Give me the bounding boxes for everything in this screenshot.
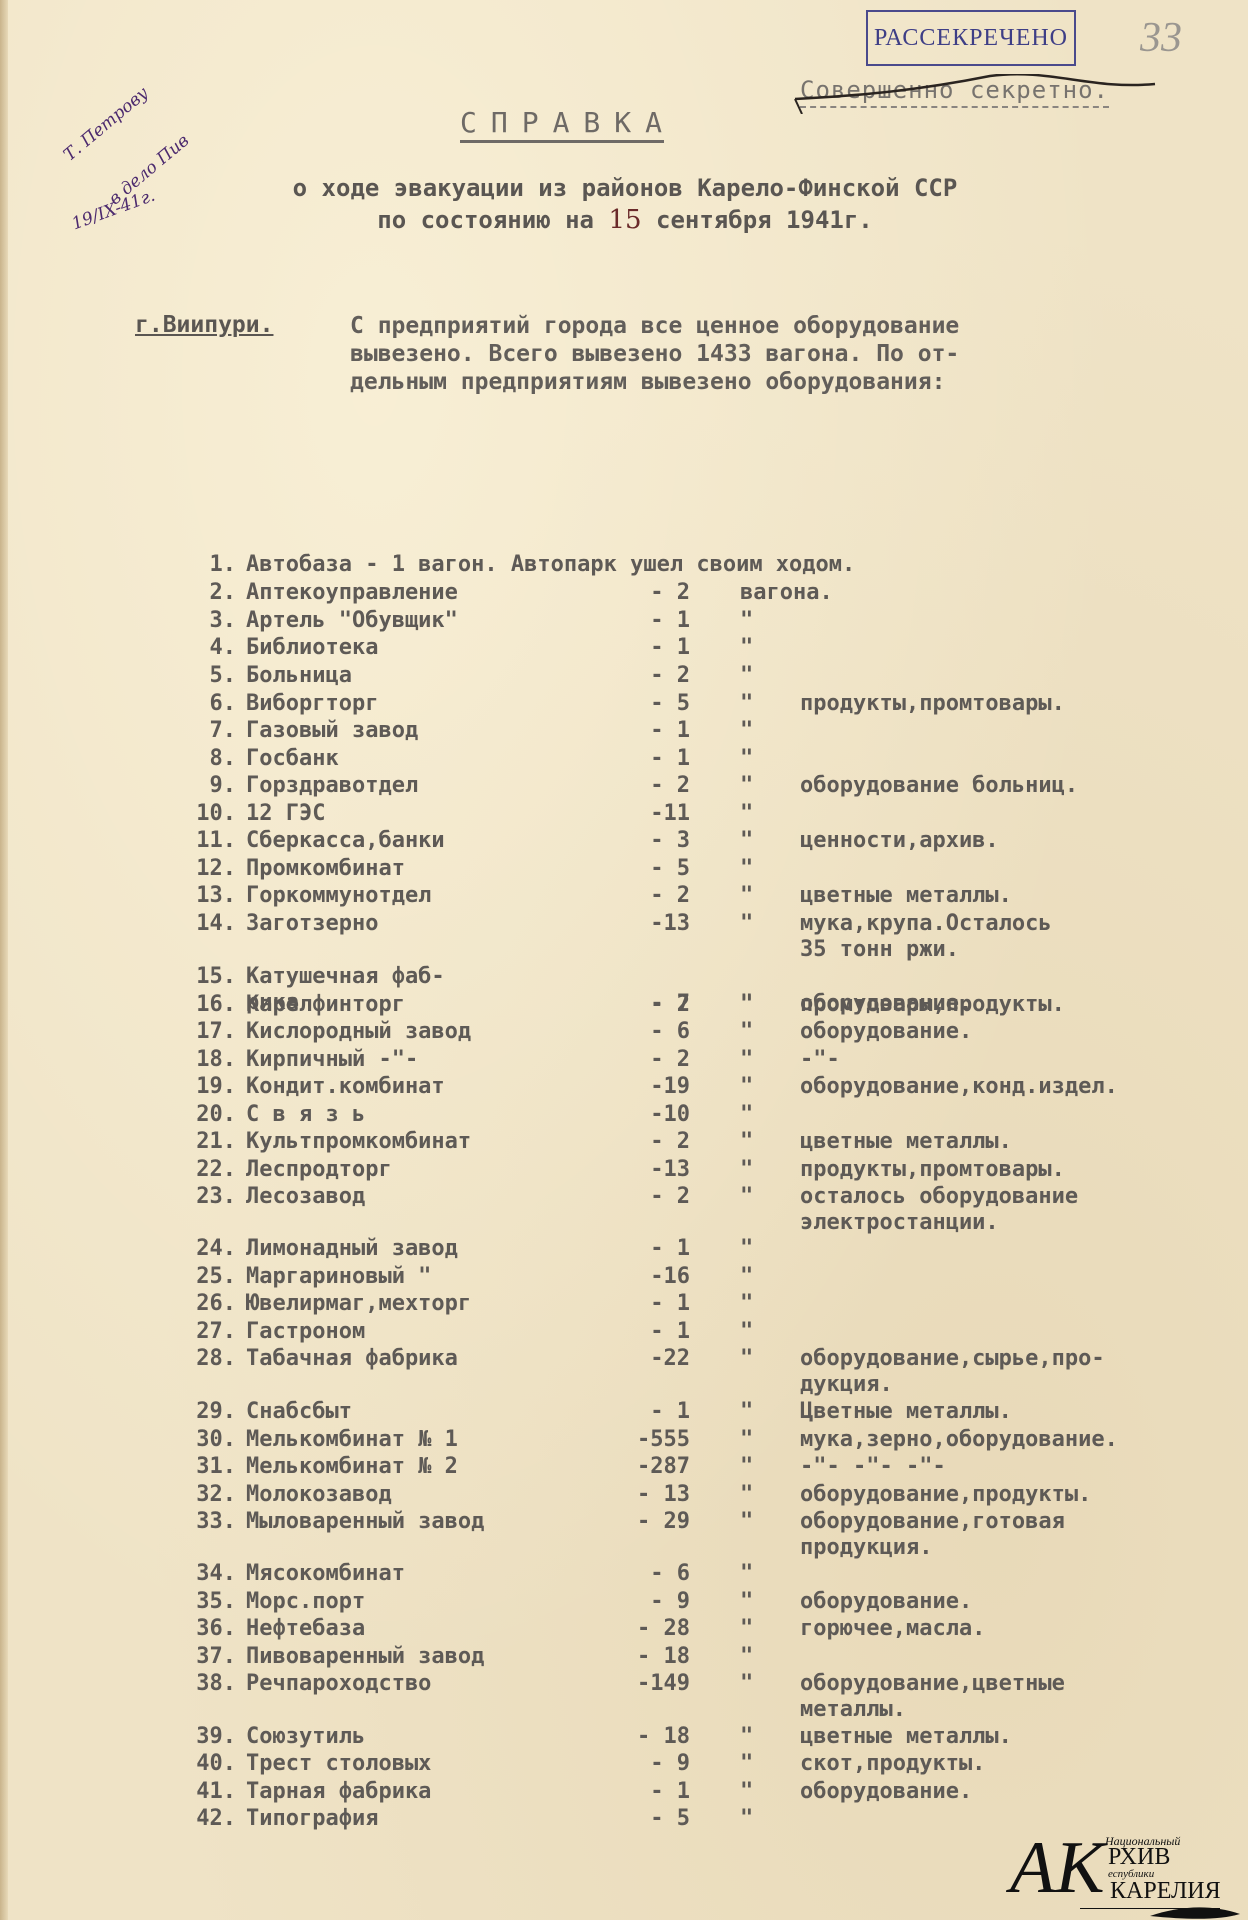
item-quantity: -287	[580, 1454, 690, 1480]
item-note: Цветные металлы.	[800, 1399, 1012, 1425]
list-item: 29.Снабсбыт- 1"Цветные металлы.	[150, 1399, 1240, 1425]
item-quantity: -22	[580, 1346, 690, 1372]
item-unit: "	[740, 1779, 753, 1805]
item-note: продукты,промтовары.	[800, 691, 1065, 717]
list-item: 17.Кислородный завод- 6"оборудование.	[150, 1019, 1240, 1045]
item-unit: "	[740, 911, 753, 937]
item-number: 42.	[150, 1806, 236, 1832]
archive-logo: АК Национальный РХИВ еспублики КАРЕЛИЯ	[1010, 1830, 1240, 1918]
item-name: Гастроном	[246, 1319, 365, 1345]
item-unit: "	[740, 1561, 753, 1587]
item-name: Снабсбыт	[246, 1399, 352, 1425]
item-name: Кирпичный -"-	[246, 1047, 418, 1073]
list-item: 35.Морс.порт- 9"оборудование.	[150, 1589, 1240, 1615]
item-note: оборудование больниц.	[800, 773, 1078, 799]
list-item: 6.Виборгторг- 5"продукты,промтовары.	[150, 691, 1240, 717]
item-name: Ювелирмаг,мехторг	[246, 1291, 471, 1317]
item-quantity: - 2	[580, 992, 690, 1018]
item-number: 35.	[150, 1589, 236, 1615]
item-unit: "	[740, 635, 753, 661]
list-item: 14.Заготзерно-13"мука,крупа.Осталось 35 …	[150, 911, 1240, 937]
item-quantity: - 1	[580, 1779, 690, 1805]
list-item: 28.Табачная фабрика-22"оборудование,сырь…	[150, 1346, 1240, 1372]
item-number: 28.	[150, 1346, 236, 1372]
list-item: 2.Аптекоуправление- 2вагона.	[150, 580, 1240, 606]
item-quantity: - 1	[580, 608, 690, 634]
document-title: СПРАВКА	[460, 106, 676, 139]
item-note: осталось оборудование электростанции.	[800, 1184, 1078, 1236]
item-unit: "	[740, 828, 753, 854]
item-quantity: - 29	[580, 1509, 690, 1535]
item-unit: "	[740, 718, 753, 744]
item-number: 30.	[150, 1427, 236, 1453]
item-quantity: - 5	[580, 856, 690, 882]
list-item: 27.Гастроном- 1"	[150, 1319, 1240, 1345]
item-note: горючее,масла.	[800, 1616, 985, 1642]
list-item: 38.Речпароходство-149"оборудование,цветн…	[150, 1671, 1240, 1697]
item-note: -"- -"- -"-	[800, 1454, 946, 1480]
item-note: оборудование,готовая продукция.	[800, 1509, 1065, 1561]
item-unit: "	[740, 1346, 753, 1372]
item-number: 31.	[150, 1454, 236, 1480]
list-item: 30.Мелькомбинат № 1-555"мука,зерно,обору…	[150, 1427, 1240, 1453]
city-heading: г.Виипури.	[135, 312, 273, 338]
item-note: оборудование.	[800, 1019, 972, 1045]
item-number: 24.	[150, 1236, 236, 1262]
item-unit: "	[740, 1264, 753, 1290]
list-item: 24.Лимонадный завод- 1"	[150, 1236, 1240, 1262]
item-name: Маргариновый "	[246, 1264, 431, 1290]
item-quantity: - 2	[580, 1129, 690, 1155]
item-quantity: - 1	[580, 635, 690, 661]
item-unit: "	[740, 992, 753, 1018]
list-item: 34.Мясокомбинат- 6"	[150, 1561, 1240, 1587]
item-quantity: - 6	[580, 1561, 690, 1587]
item-name: Сберкасса,банки	[246, 828, 445, 854]
list-item: 5.Больница- 2"	[150, 663, 1240, 689]
item-name: Мелькомбинат № 2	[246, 1454, 458, 1480]
item-unit: "	[740, 773, 753, 799]
item-number: 26.	[150, 1291, 236, 1317]
handwritten-day: 15	[608, 205, 641, 235]
item-name: Виборгторг	[246, 691, 378, 717]
item-note: оборудование,продукты.	[800, 1482, 1091, 1508]
item-name: Пивоваренный завод	[246, 1644, 484, 1670]
list-item: 8.Госбанк- 1"	[150, 746, 1240, 772]
item-quantity: - 1	[580, 1399, 690, 1425]
list-item: 41.Тарная фабрика- 1"оборудование.	[150, 1779, 1240, 1805]
item-name: Больница	[246, 663, 352, 689]
item-name: Морс.порт	[246, 1589, 365, 1615]
item-note: цветные металлы.	[800, 1724, 1012, 1750]
item-quantity: - 18	[580, 1724, 690, 1750]
item-quantity: - 9	[580, 1751, 690, 1777]
list-item: 33.Мыловаренный завод- 29"оборудование,г…	[150, 1509, 1240, 1535]
list-item: 22.Леспродторг-13"продукты,промтовары.	[150, 1157, 1240, 1183]
item-quantity: - 6	[580, 1019, 690, 1045]
item-quantity: -11	[580, 801, 690, 827]
item-note: мука,крупа.Осталось 35 тонн ржи.	[800, 911, 1052, 963]
item-note: цветные металлы.	[800, 883, 1012, 909]
item-unit: "	[740, 801, 753, 827]
item-number: 7.	[150, 718, 236, 744]
item-unit: "	[740, 1427, 753, 1453]
item-number: 25.	[150, 1264, 236, 1290]
subtitle-line-1: о ходе эвакуации из районов Карело-Финск…	[150, 172, 1100, 204]
item-unit: "	[740, 1671, 753, 1697]
list-item: 20.С в я з ь-10"	[150, 1102, 1240, 1128]
list-item: 31.Мелькомбинат № 2-287" -"- -"- -"-	[150, 1454, 1240, 1480]
item-number: 21.	[150, 1129, 236, 1155]
item-unit: "	[740, 1291, 753, 1317]
item-note: оборудование,цветные металлы.	[800, 1671, 1065, 1723]
item-name: Мясокомбинат	[246, 1561, 405, 1587]
item-unit: "	[740, 1589, 753, 1615]
item-name: Автобаза - 1 вагон. Автопарк ушел своим …	[246, 552, 855, 578]
list-item: 15.Катушечная фаб- рика- 7"оборудование.	[150, 964, 1240, 990]
item-number: 40.	[150, 1751, 236, 1777]
item-number: 13.	[150, 883, 236, 909]
item-quantity: - 18	[580, 1644, 690, 1670]
item-number: 29.	[150, 1399, 236, 1425]
list-item: 9.Горздравотдел- 2"оборудование больниц.	[150, 773, 1240, 799]
item-number: 20.	[150, 1102, 236, 1128]
item-number: 3.	[150, 608, 236, 634]
item-note: ценности,архив.	[800, 828, 999, 854]
list-item: 37.Пивоваренный завод- 18"	[150, 1644, 1240, 1670]
list-item: 13.Горкоммунотдел- 2"цветные металлы.	[150, 883, 1240, 909]
item-number: 23.	[150, 1184, 236, 1210]
item-quantity: - 2	[580, 1184, 690, 1210]
item-quantity: -16	[580, 1264, 690, 1290]
item-name: Лесозавод	[246, 1184, 365, 1210]
item-quantity: -149	[580, 1671, 690, 1697]
list-item: 11.Сберкасса,банки- 3"ценности,архив.	[150, 828, 1240, 854]
item-number: 32.	[150, 1482, 236, 1508]
item-unit: "	[740, 1019, 753, 1045]
list-item: 36.Нефтебаза- 28"горючее,масла.	[150, 1616, 1240, 1642]
item-unit: "	[740, 1047, 753, 1073]
classification-struck: Совершенно секретно.	[800, 76, 1109, 104]
item-unit: "	[740, 883, 753, 909]
item-number: 14.	[150, 911, 236, 937]
item-unit: "	[740, 608, 753, 634]
item-unit: "	[740, 746, 753, 772]
item-quantity: - 5	[580, 1806, 690, 1832]
item-number: 22.	[150, 1157, 236, 1183]
item-name: Мыловаренный завод	[246, 1509, 484, 1535]
item-name: Молокозавод	[246, 1482, 392, 1508]
list-item: 23.Лесозавод- 2"осталось оборудование эл…	[150, 1184, 1240, 1210]
item-number: 4.	[150, 635, 236, 661]
item-number: 41.	[150, 1779, 236, 1805]
item-name: Мелькомбинат № 1	[246, 1427, 458, 1453]
item-note: оборудование.	[800, 1779, 972, 1805]
item-number: 1.	[150, 552, 236, 578]
folio-number: 33	[1140, 14, 1182, 62]
item-name: Заготзерно	[246, 911, 378, 937]
item-number: 27.	[150, 1319, 236, 1345]
item-unit: "	[740, 1184, 753, 1210]
item-name: Леспродторг	[246, 1157, 392, 1183]
item-name: Речпароходство	[246, 1671, 431, 1697]
item-number: 16.	[150, 992, 236, 1018]
list-item: 4.Библиотека- 1"	[150, 635, 1240, 661]
item-note: мука,зерно,оборудование.	[800, 1427, 1118, 1453]
item-name: Трест столовых	[246, 1751, 431, 1777]
item-name: Промкомбинат	[246, 856, 405, 882]
item-number: 8.	[150, 746, 236, 772]
item-unit: "	[740, 1319, 753, 1345]
item-number: 19.	[150, 1074, 236, 1100]
item-name: Нефтебаза	[246, 1616, 365, 1642]
item-name: Типография	[246, 1806, 378, 1832]
handwritten-line: Т. Петрову	[60, 83, 153, 165]
item-name: Тарная фабрика	[246, 1779, 431, 1805]
list-item: 16.Карелфинторг- 2"промтовары,продукты.	[150, 992, 1240, 1018]
item-unit: "	[740, 1616, 753, 1642]
item-quantity: - 1	[580, 1236, 690, 1262]
item-number: 34.	[150, 1561, 236, 1587]
section-intro: С предприятий города все ценное оборудов…	[350, 312, 1210, 396]
item-number: 2.	[150, 580, 236, 606]
item-name: Кислородный завод	[246, 1019, 471, 1045]
item-unit: "	[740, 1129, 753, 1155]
item-number: 11.	[150, 828, 236, 854]
list-item: 19.Кондит.комбинат-19"оборудование,конд.…	[150, 1074, 1240, 1100]
item-quantity: - 2	[580, 883, 690, 909]
item-note: промтовары,продукты.	[800, 992, 1065, 1018]
declassified-stamp: РАССЕКРЕЧЕНО	[866, 10, 1076, 66]
item-quantity: - 2	[580, 1047, 690, 1073]
item-number: 37.	[150, 1644, 236, 1670]
item-quantity: -19	[580, 1074, 690, 1100]
item-unit: вагона.	[740, 580, 833, 606]
item-quantity: - 5	[580, 691, 690, 717]
item-quantity: - 1	[580, 1291, 690, 1317]
item-unit: "	[740, 1454, 753, 1480]
item-name: Карелфинторг	[246, 992, 405, 1018]
item-unit: "	[740, 1751, 753, 1777]
item-number: 18.	[150, 1047, 236, 1073]
item-quantity: - 1	[580, 1319, 690, 1345]
item-unit: "	[740, 1102, 753, 1128]
item-number: 12.	[150, 856, 236, 882]
item-note: продукты,промтовары.	[800, 1157, 1065, 1183]
item-note: оборудование,конд.издел.	[800, 1074, 1118, 1100]
item-quantity: - 2	[580, 580, 690, 606]
document-subtitle: о ходе эвакуации из районов Карело-Финск…	[150, 172, 1100, 236]
list-item: 10.12 ГЭС-11"	[150, 801, 1240, 827]
list-item: 26.Ювелирмаг,мехторг- 1"	[150, 1291, 1240, 1317]
item-number: 17.	[150, 1019, 236, 1045]
item-quantity: - 1	[580, 718, 690, 744]
list-item: 32.Молокозавод- 13"оборудование,продукты…	[150, 1482, 1240, 1508]
item-quantity: - 2	[580, 773, 690, 799]
item-name: Газовый завод	[246, 718, 418, 744]
list-item: 40.Трест столовых- 9"скот,продукты.	[150, 1751, 1240, 1777]
item-unit: "	[740, 1399, 753, 1425]
item-name: 12 ГЭС	[246, 801, 325, 827]
item-unit: "	[740, 691, 753, 717]
item-unit: "	[740, 663, 753, 689]
subtitle-line-2: по состоянию на 15 сентября 1941г.	[150, 204, 1100, 236]
item-name: Культпромкомбинат	[246, 1129, 471, 1155]
list-item: 21.Культпромкомбинат- 2"цветные металлы.	[150, 1129, 1240, 1155]
page-binding-edge	[0, 0, 8, 1920]
item-note: скот,продукты.	[800, 1751, 985, 1777]
item-number: 6.	[150, 691, 236, 717]
list-item: 1.Автобаза - 1 вагон. Автопарк ушел свои…	[150, 552, 1240, 578]
item-number: 33.	[150, 1509, 236, 1535]
item-unit: "	[740, 1074, 753, 1100]
item-name: Библиотека	[246, 635, 378, 661]
item-name: Артель "Обувщик"	[246, 608, 458, 634]
item-number: 5.	[150, 663, 236, 689]
list-item: 25.Маргариновый "-16"	[150, 1264, 1240, 1290]
item-quantity: -13	[580, 911, 690, 937]
item-note: оборудование,сырье,про- дукция.	[800, 1346, 1105, 1398]
item-quantity: - 13	[580, 1482, 690, 1508]
item-name: Горздравотдел	[246, 773, 418, 799]
item-quantity: - 2	[580, 663, 690, 689]
item-name: Лимонадный завод	[246, 1236, 458, 1262]
item-number: 38.	[150, 1671, 236, 1697]
item-number: 15.	[150, 964, 236, 990]
item-number: 39.	[150, 1724, 236, 1750]
item-number: 10.	[150, 801, 236, 827]
item-number: 36.	[150, 1616, 236, 1642]
logo-monogram: АК	[1010, 1826, 1104, 1911]
item-name: Союзутиль	[246, 1724, 365, 1750]
item-unit: "	[740, 1482, 753, 1508]
item-quantity: - 3	[580, 828, 690, 854]
list-item: 12.Промкомбинат- 5"	[150, 856, 1240, 882]
item-unit: "	[740, 1509, 753, 1535]
list-item: 7.Газовый завод- 1"	[150, 718, 1240, 744]
item-note: цветные металлы.	[800, 1129, 1012, 1155]
item-quantity: -10	[580, 1102, 690, 1128]
item-unit: "	[740, 1724, 753, 1750]
item-number: 9.	[150, 773, 236, 799]
item-unit: "	[740, 856, 753, 882]
item-unit: "	[740, 1157, 753, 1183]
item-name: Табачная фабрика	[246, 1346, 458, 1372]
item-unit: "	[740, 1806, 753, 1832]
list-item: 3.Артель "Обувщик"- 1"	[150, 608, 1240, 634]
item-name: Кондит.комбинат	[246, 1074, 445, 1100]
item-quantity: -555	[580, 1427, 690, 1453]
item-unit: "	[740, 1236, 753, 1262]
item-quantity: -13	[580, 1157, 690, 1183]
quill-icon	[1150, 1904, 1240, 1920]
item-quantity: - 9	[580, 1589, 690, 1615]
item-quantity: - 28	[580, 1616, 690, 1642]
item-quantity: - 1	[580, 746, 690, 772]
item-note: -"-	[800, 1047, 840, 1073]
item-name: Госбанк	[246, 746, 339, 772]
item-name: Аптекоуправление	[246, 580, 458, 606]
item-note: оборудование.	[800, 1589, 972, 1615]
list-item: 39.Союзутиль- 18"цветные металлы.	[150, 1724, 1240, 1750]
item-name: Горкоммунотдел	[246, 883, 431, 909]
item-name: С в я з ь	[246, 1102, 365, 1128]
list-item: 18.Кирпичный -"-- 2" -"-	[150, 1047, 1240, 1073]
item-unit: "	[740, 1644, 753, 1670]
